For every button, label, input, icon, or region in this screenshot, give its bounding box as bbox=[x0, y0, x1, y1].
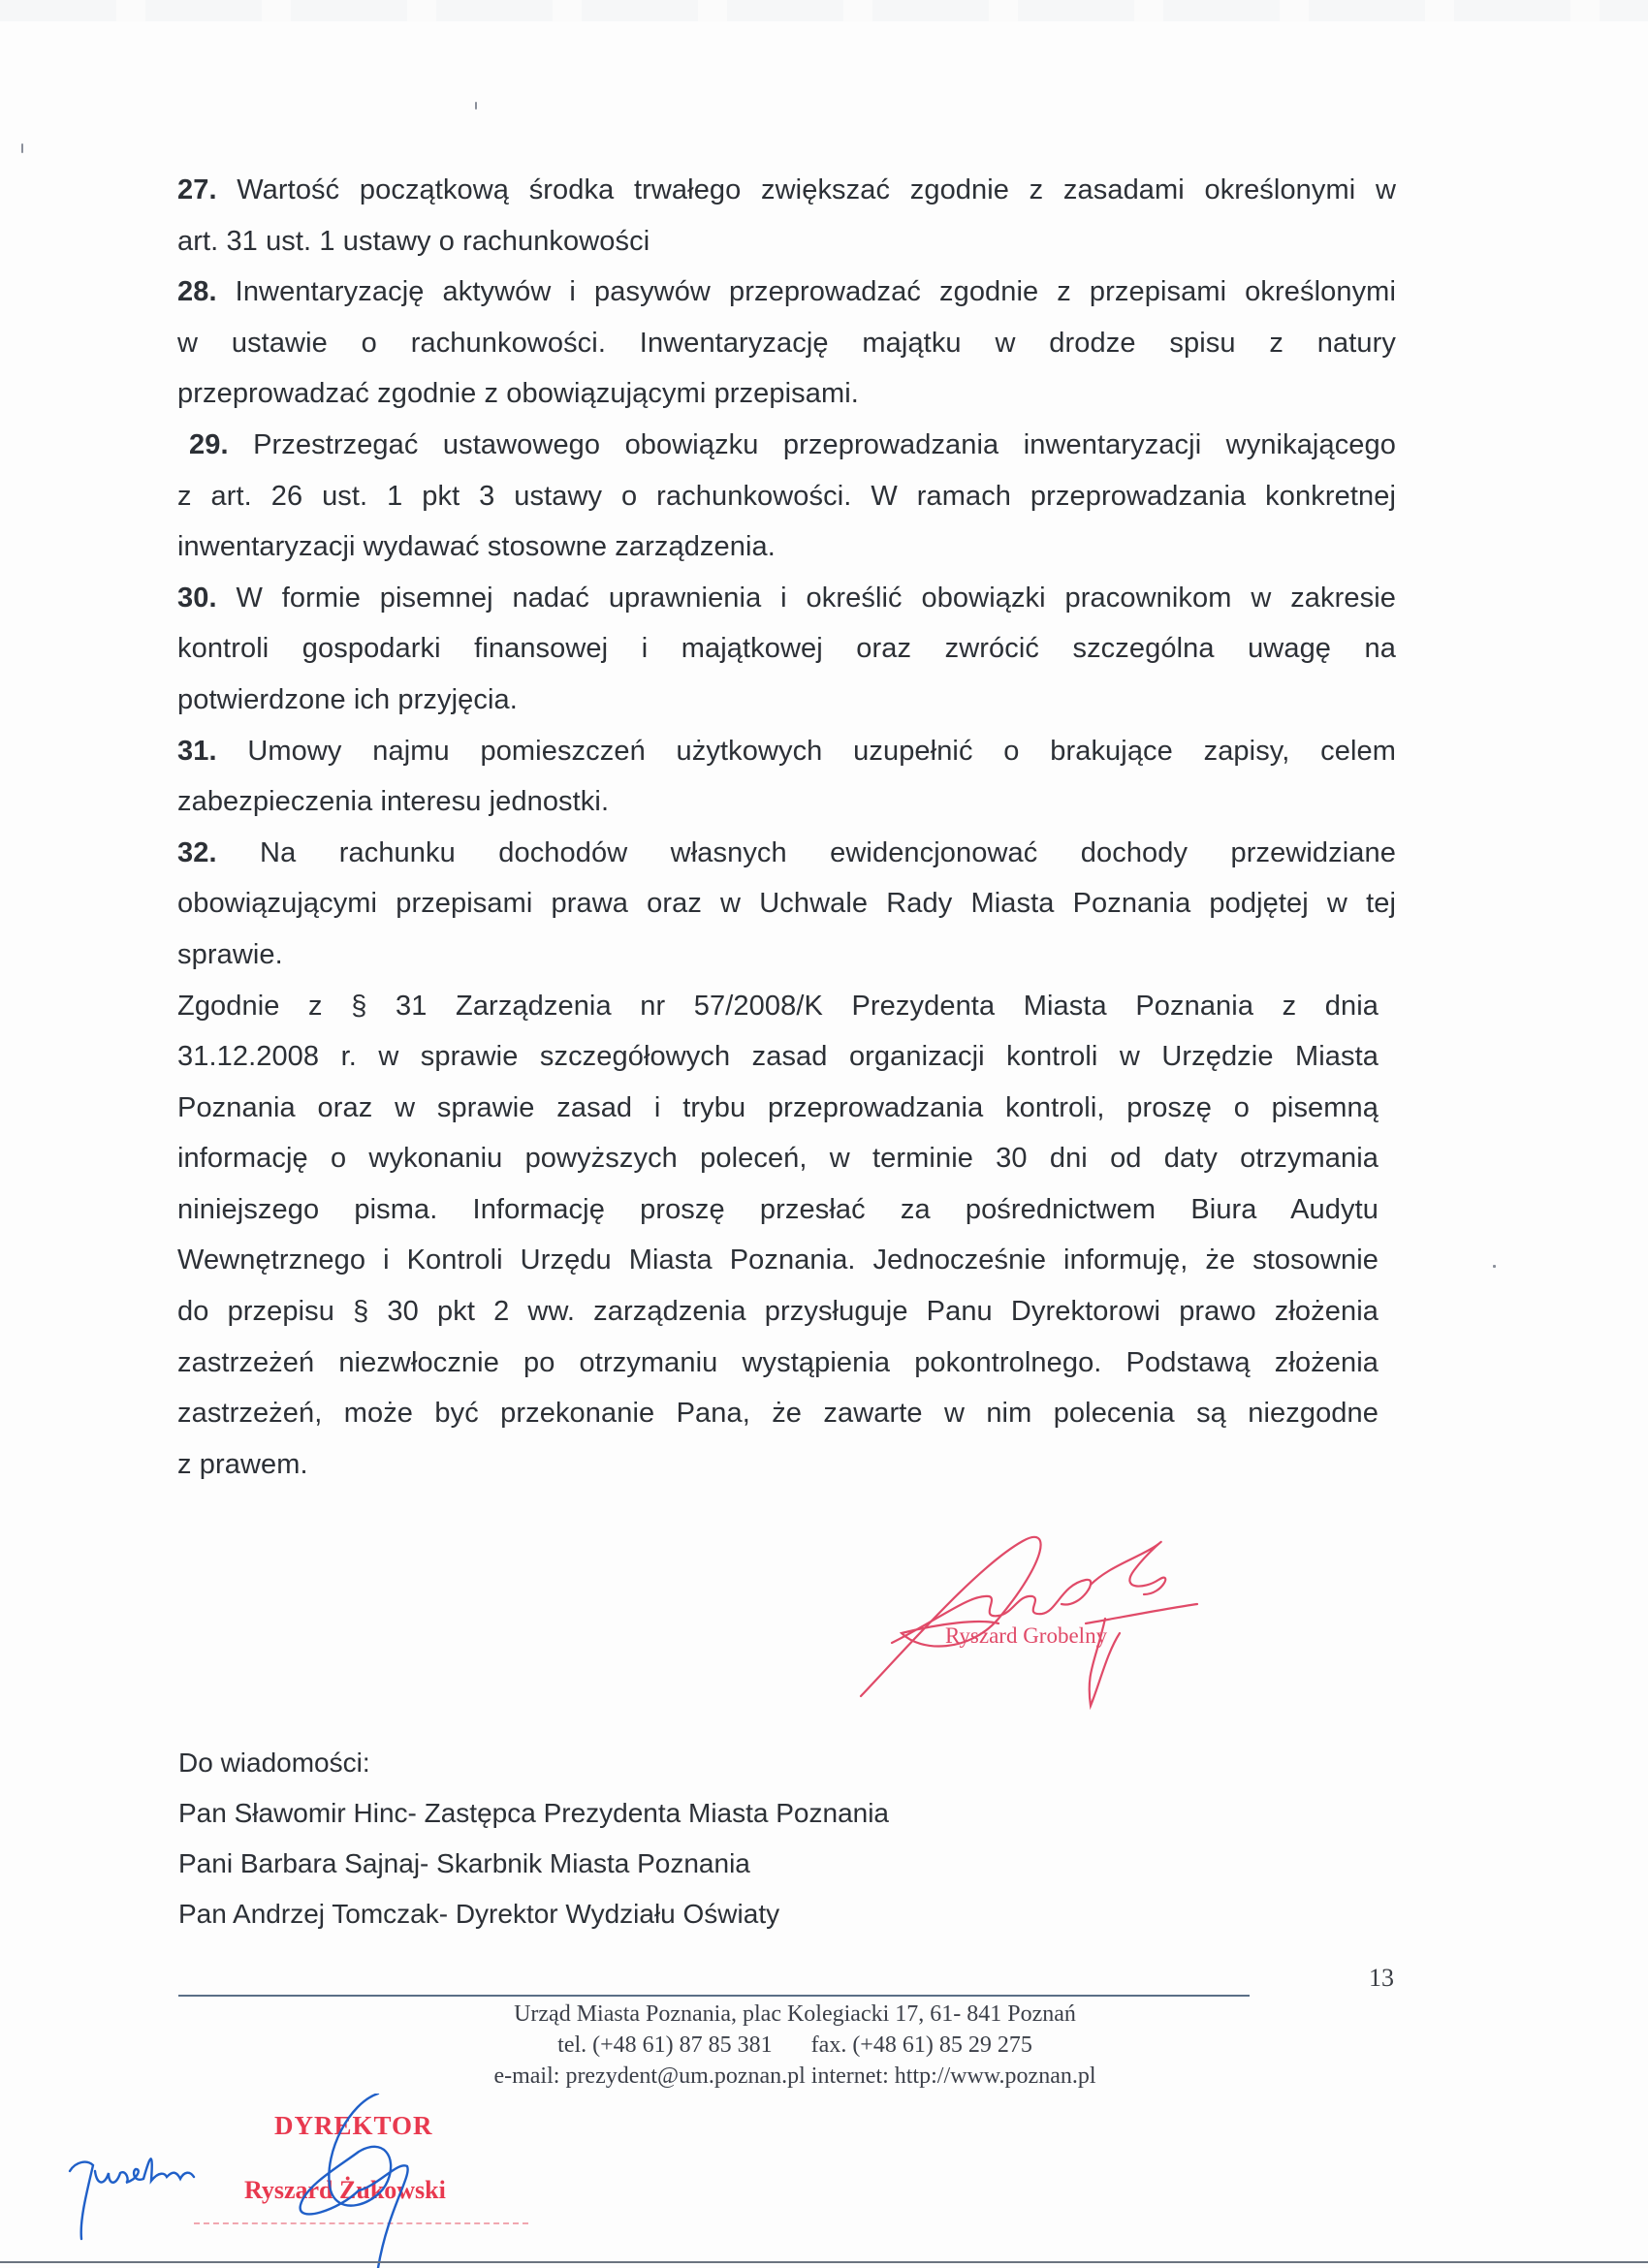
closing-paragraph: Zgodnie z § 31 Zarządzenia nr 57/2008/K … bbox=[177, 981, 1396, 1491]
footer-divider bbox=[178, 1995, 1250, 1997]
item-text: obowiązującymi przepisami prawa oraz w U… bbox=[177, 878, 1396, 929]
item-text: przeprowadzać zgodnie z obowiązującymi p… bbox=[177, 368, 1396, 420]
paragraph-line: do przepisu § 30 pkt 2 ww. zarządzenia p… bbox=[177, 1286, 1379, 1338]
distribution-list: Do wiadomości: Pan Sławomir Hinc- Zastęp… bbox=[178, 1738, 889, 1939]
item-number: 29. bbox=[189, 429, 229, 460]
item-number: 27. bbox=[177, 174, 217, 205]
handwritten-note-icon bbox=[58, 2094, 562, 2268]
paragraph-line: 31.12.2008 r. w sprawie szczegółowych za… bbox=[177, 1031, 1379, 1083]
page-number: 13 bbox=[1369, 1964, 1394, 1993]
letterhead-footer: Urząd Miasta Poznania, plac Kolegiacki 1… bbox=[330, 1999, 1260, 2092]
item-text: art. 31 ust. 1 ustawy o rachunkowości bbox=[177, 216, 1396, 268]
footer-tel: tel. (+48 61) 87 85 381 bbox=[557, 2032, 773, 2058]
list-item-27: 27. Wartość początkową środka trwałego z… bbox=[177, 165, 1396, 267]
item-text: potwierdzone ich przyjęcia. bbox=[177, 675, 1396, 726]
paragraph-line: Wewnętrznego i Kontroli Urzędu Miasta Po… bbox=[177, 1235, 1379, 1286]
paragraph-line: informację o wykonaniu powyższych polece… bbox=[177, 1133, 1379, 1184]
item-text: Przestrzegać ustawowego obowiązku przepr… bbox=[253, 429, 1396, 460]
footer-fax: fax. (+48 61) 85 29 275 bbox=[811, 2032, 1032, 2058]
item-text: w ustawie o rachunkowości. Inwentaryzacj… bbox=[177, 318, 1396, 369]
paragraph-line: zastrzeżeń niezwłocznie po otrzymaniu wy… bbox=[177, 1338, 1379, 1389]
scan-speck bbox=[1493, 1265, 1496, 1268]
item-number: 28. bbox=[177, 276, 217, 307]
item-text: z art. 26 ust. 1 pkt 3 ustawy o rachunko… bbox=[177, 471, 1396, 522]
item-text: W formie pisemnej nadać uprawnienia i ok… bbox=[236, 583, 1396, 614]
item-text: sprawie. bbox=[177, 929, 1396, 981]
paragraph-line: Zgodnie z § 31 Zarządzenia nr 57/2008/K … bbox=[177, 981, 1379, 1032]
item-text: kontroli gospodarki finansowej i majątko… bbox=[177, 623, 1396, 675]
list-item-30: 30. W formie pisemnej nadać uprawnienia … bbox=[177, 573, 1396, 726]
item-number: 32. bbox=[177, 837, 217, 868]
document-page: 27. Wartość początkową środka trwałego z… bbox=[0, 0, 1648, 2268]
recipient: Pan Andrzej Tomczak- Dyrektor Wydziału O… bbox=[178, 1889, 889, 1939]
footer-address: Urząd Miasta Poznania, plac Kolegiacki 1… bbox=[330, 1999, 1260, 2030]
item-text: Na rachunku dochodów własnych ewidencjon… bbox=[260, 837, 1396, 868]
scan-artifact-top bbox=[0, 0, 1648, 21]
footer-phone-fax: tel. (+48 61) 87 85 381fax. (+48 61) 85 … bbox=[330, 2030, 1260, 2061]
recipient: Pan Sławomir Hinc- Zastępca Prezydenta M… bbox=[178, 1788, 889, 1839]
footer-contact: e-mail: prezydent@um.poznan.pl internet:… bbox=[330, 2061, 1260, 2092]
list-item-28: 28. Inwentaryzację aktywów i pasywów prz… bbox=[177, 267, 1396, 420]
item-text: Umowy najmu pomieszczeń użytkowych uzupe… bbox=[247, 736, 1396, 767]
item-number: 31. bbox=[177, 736, 217, 767]
item-text: Inwentaryzację aktywów i pasywów przepro… bbox=[236, 276, 1396, 307]
recipient: Pani Barbara Sajnaj- Skarbnik Miasta Poz… bbox=[178, 1839, 889, 1889]
paragraph-line: z prawem. bbox=[177, 1439, 1379, 1491]
item-number: 30. bbox=[177, 583, 217, 614]
item-text: inwentaryzacji wydawać stosowne zarządze… bbox=[177, 521, 1396, 573]
signatory-name: Ryszard Grobelny bbox=[945, 1623, 1107, 1649]
paragraph-line: niniejszego pisma. Informację proszę prz… bbox=[177, 1184, 1379, 1236]
handwritten-signature-icon bbox=[853, 1527, 1221, 1711]
document-body: 27. Wartość początkową środka trwałego z… bbox=[177, 165, 1396, 1490]
scan-bottom-edge bbox=[0, 2261, 1648, 2263]
director-stamp: DYREKTOR Ryszard Żukowski bbox=[58, 2094, 562, 2268]
paragraph-line: zastrzeżeń, może być przekonanie Pana, ż… bbox=[177, 1388, 1379, 1439]
item-text: zabezpieczenia interesu jednostki. bbox=[177, 776, 1396, 828]
list-item-29: 29. Przestrzegać ustawowego obowiązku pr… bbox=[177, 420, 1396, 573]
distribution-heading: Do wiadomości: bbox=[178, 1738, 889, 1788]
paragraph-line: Poznania oraz w sprawie zasad i trybu pr… bbox=[177, 1083, 1379, 1134]
list-item-32: 32. Na rachunku dochodów własnych ewiden… bbox=[177, 828, 1396, 981]
list-item-31: 31. Umowy najmu pomieszczeń użytkowych u… bbox=[177, 726, 1396, 828]
scan-speck bbox=[21, 143, 23, 153]
item-text: Wartość początkową środka trwałego zwięk… bbox=[237, 174, 1396, 205]
signature-block: Ryszard Grobelny bbox=[853, 1527, 1221, 1711]
scan-speck bbox=[475, 102, 477, 110]
